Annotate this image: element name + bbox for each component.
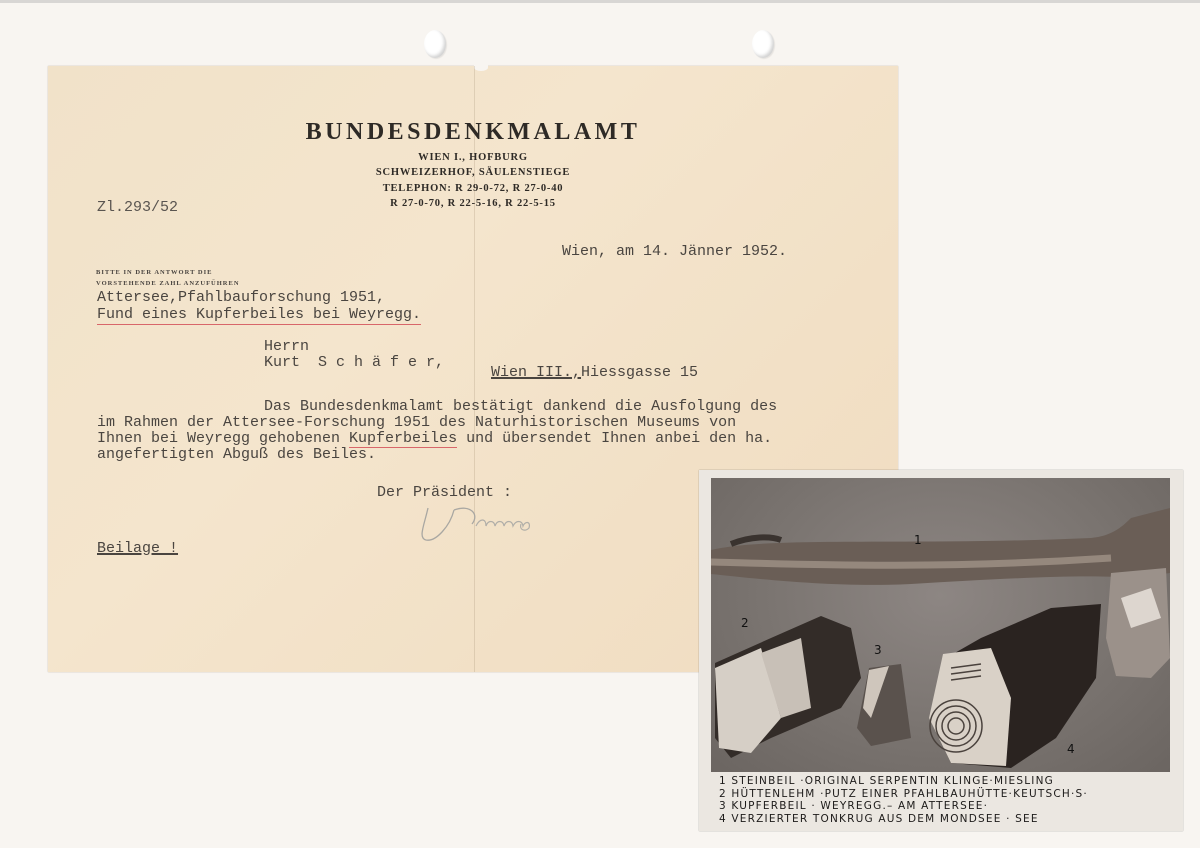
caption-line-2: 2 HÜTTENLEHM ·PUTZ EINER PFAHLBAUHÜTTE·K…	[719, 788, 1179, 801]
photo-caption: 1 STEINBEIL ·ORIGINAL SERPENTIN KLINGE·M…	[719, 775, 1179, 825]
enclosure-note: Beilage !	[97, 540, 178, 557]
caption-line-3: 3 KUPFERBEIL · WEYREGG.– AM ATTERSEE·	[719, 800, 1179, 813]
label-1: 1	[914, 533, 922, 547]
subject-line-2: Fund eines Kupferbeiles bei Weyregg.	[97, 306, 421, 325]
photograph: 1 2 3 4 1 STEINBEIL ·ORIGINAL SERPENTIN …	[699, 470, 1183, 831]
body-line-1: Das Bundesdenkmalamt bestätigt dankend d…	[264, 398, 777, 415]
artifacts-illustration	[711, 478, 1170, 772]
paper-notch	[474, 64, 488, 71]
top-edge	[0, 0, 1200, 3]
body-line-3-start: Ihnen bei Weyregg gehobenen	[97, 430, 349, 447]
recipient-address: Wien III.,Hiessgasse 15	[491, 364, 698, 381]
reference-number: Zl.293/52	[97, 199, 178, 216]
reply-note-line-1: BITTE IN DER ANTWORT DIE	[96, 269, 212, 276]
subject-line-1: Attersee,Pfahlbauforschung 1951,	[97, 289, 385, 306]
signature	[410, 496, 570, 546]
recipient-name: Kurt S c h ä f e r,	[264, 354, 444, 371]
reply-note-line-2: VORSTEHENDE ZAHL ANZUFÜHREN	[96, 280, 240, 287]
label-4: 4	[1067, 742, 1075, 756]
label-3: 3	[874, 643, 882, 657]
caption-line-1: 1 STEINBEIL ·ORIGINAL SERPENTIN KLINGE·M…	[719, 775, 1179, 788]
punch-hole-right	[752, 30, 774, 58]
body-line-4: angefertigten Abguß des Beiles.	[97, 446, 376, 463]
punch-hole-left	[424, 30, 446, 58]
recipient-salutation: Herrn	[264, 338, 309, 355]
body-line-2: im Rahmen der Attersee-Forschung 1951 de…	[97, 414, 736, 431]
letter-date: Wien, am 14. Jänner 1952.	[562, 243, 787, 260]
recipient-street: Hiessgasse 15	[581, 364, 698, 381]
caption-line-4: 4 VERZIERTER TONKRUG AUS DEM MONDSEE · S…	[719, 813, 1179, 826]
artifact-photo: 1 2 3 4	[711, 478, 1170, 772]
recipient-city: Wien III.,	[491, 364, 581, 381]
label-2: 2	[741, 616, 749, 630]
letterhead-address-1: WIEN I., HOFBURG	[48, 152, 898, 163]
letterhead-phone-1: TELEPHON: R 29-0-72, R 27-0-40	[48, 183, 898, 194]
body-line-3-end: und übersendet Ihnen anbei den ha.	[457, 430, 772, 447]
letterhead-title: BUNDESDENKMALAMT	[48, 119, 898, 146]
body-line-3: Ihnen bei Weyregg gehobenen Kupferbeiles…	[97, 430, 772, 447]
letterhead-address-2: SCHWEIZERHOF, SÄULENSTIEGE	[48, 167, 898, 178]
